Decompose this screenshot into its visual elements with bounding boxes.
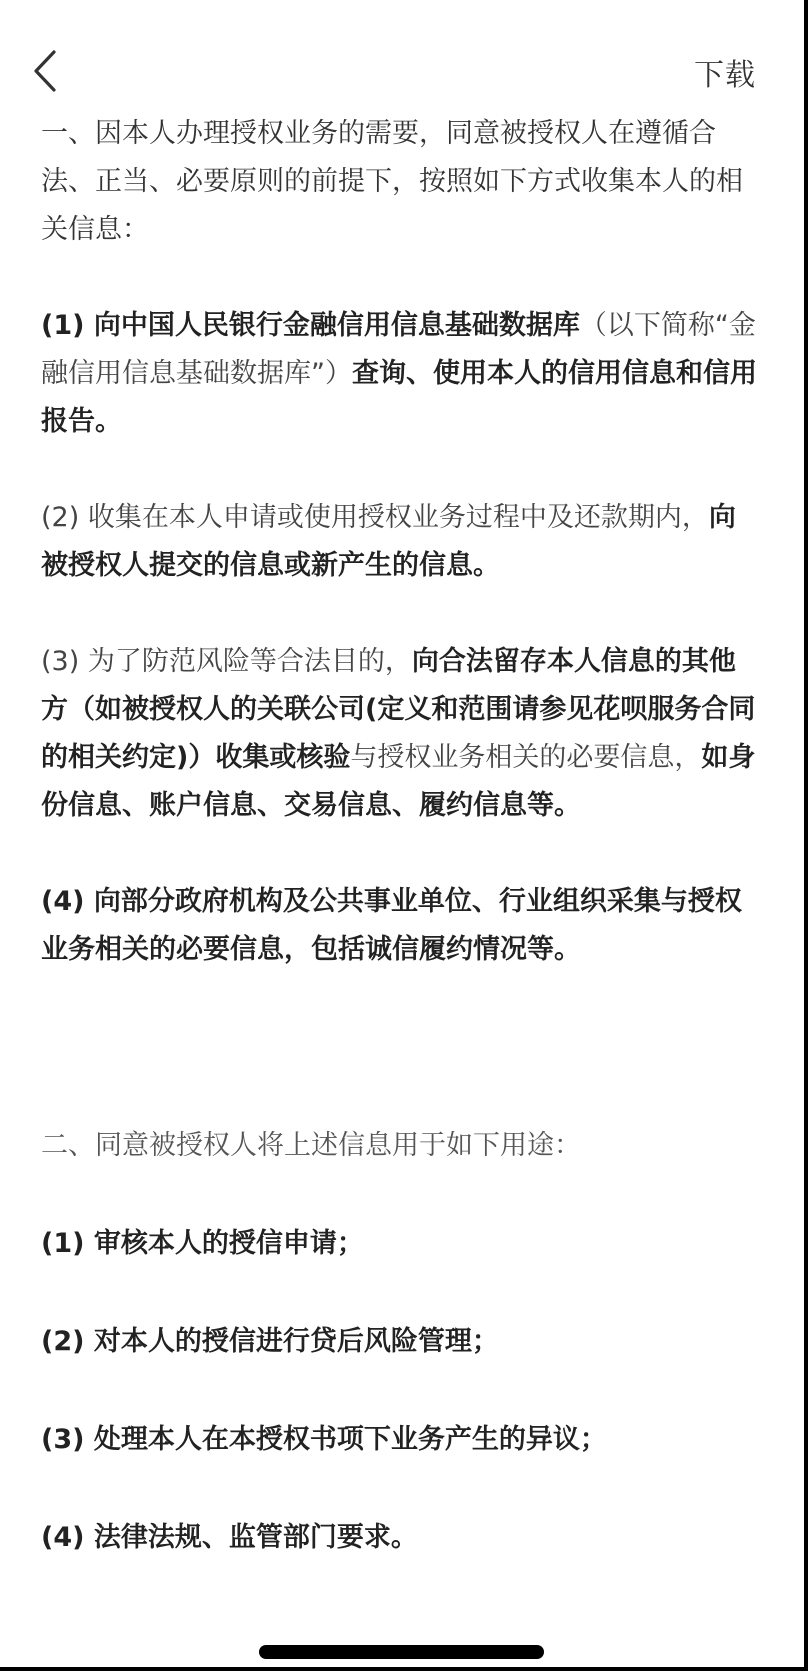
navbar: 下载 [0,0,804,110]
authorization-document: 一、因本人办理授权业务的需要，同意被授权人在遵循合法、正当、必要原则的前提下，按… [41,110,761,1562]
home-indicator[interactable] [259,1645,544,1659]
item-text: (3) 为了防范风险等合法目的， [41,646,412,677]
chevron-left-icon [30,48,70,94]
item-text-bold: (4) 向部分政府机构及公共事业单位、行业组织采集与授权业务相关的必要信息，包括… [41,886,742,965]
download-button[interactable]: 下载 [694,50,756,94]
section1-item-3: (3) 为了防范风险等合法目的，向合法留存本人信息的其他方（如被授权人的关联公司… [41,638,761,830]
section1-heading: 一、因本人办理授权业务的需要，同意被授权人在遵循合法、正当、必要原则的前提下，按… [41,110,761,254]
section2-item-3: (3) 处理本人在本授权书项下业务产生的异议； [41,1416,761,1464]
screen: 下载 一、因本人办理授权业务的需要，同意被授权人在遵循合法、正当、必要原则的前提… [0,0,804,1667]
section2-item-4: (4) 法律法规、监管部门要求。 [41,1514,761,1562]
back-button[interactable] [30,48,70,94]
spacer [41,974,761,1122]
section2-item-1: (1) 审核本人的授信申请； [41,1220,761,1268]
section2-item-2: (2) 对本人的授信进行贷后风险管理； [41,1318,761,1366]
section1-item-2: (2) 收集在本人申请或使用授权业务过程中及还款期内，向被授权人提交的信息或新产… [41,494,761,590]
item-text-bold: (1) 向中国人民银行金融信用信息基础数据库 [41,310,580,341]
section1-item-4: (4) 向部分政府机构及公共事业单位、行业组织采集与授权业务相关的必要信息，包括… [41,878,761,974]
item-text: (2) 收集在本人申请或使用授权业务过程中及还款期内， [41,502,709,533]
item-text: 与授权业务相关的必要信息， [350,742,701,773]
section1-item-1: (1) 向中国人民银行金融信用信息基础数据库（以下简称“金融信用信息基础数据库”… [41,302,761,446]
section2-heading: 二、同意被授权人将上述信息用于如下用途： [41,1122,761,1170]
